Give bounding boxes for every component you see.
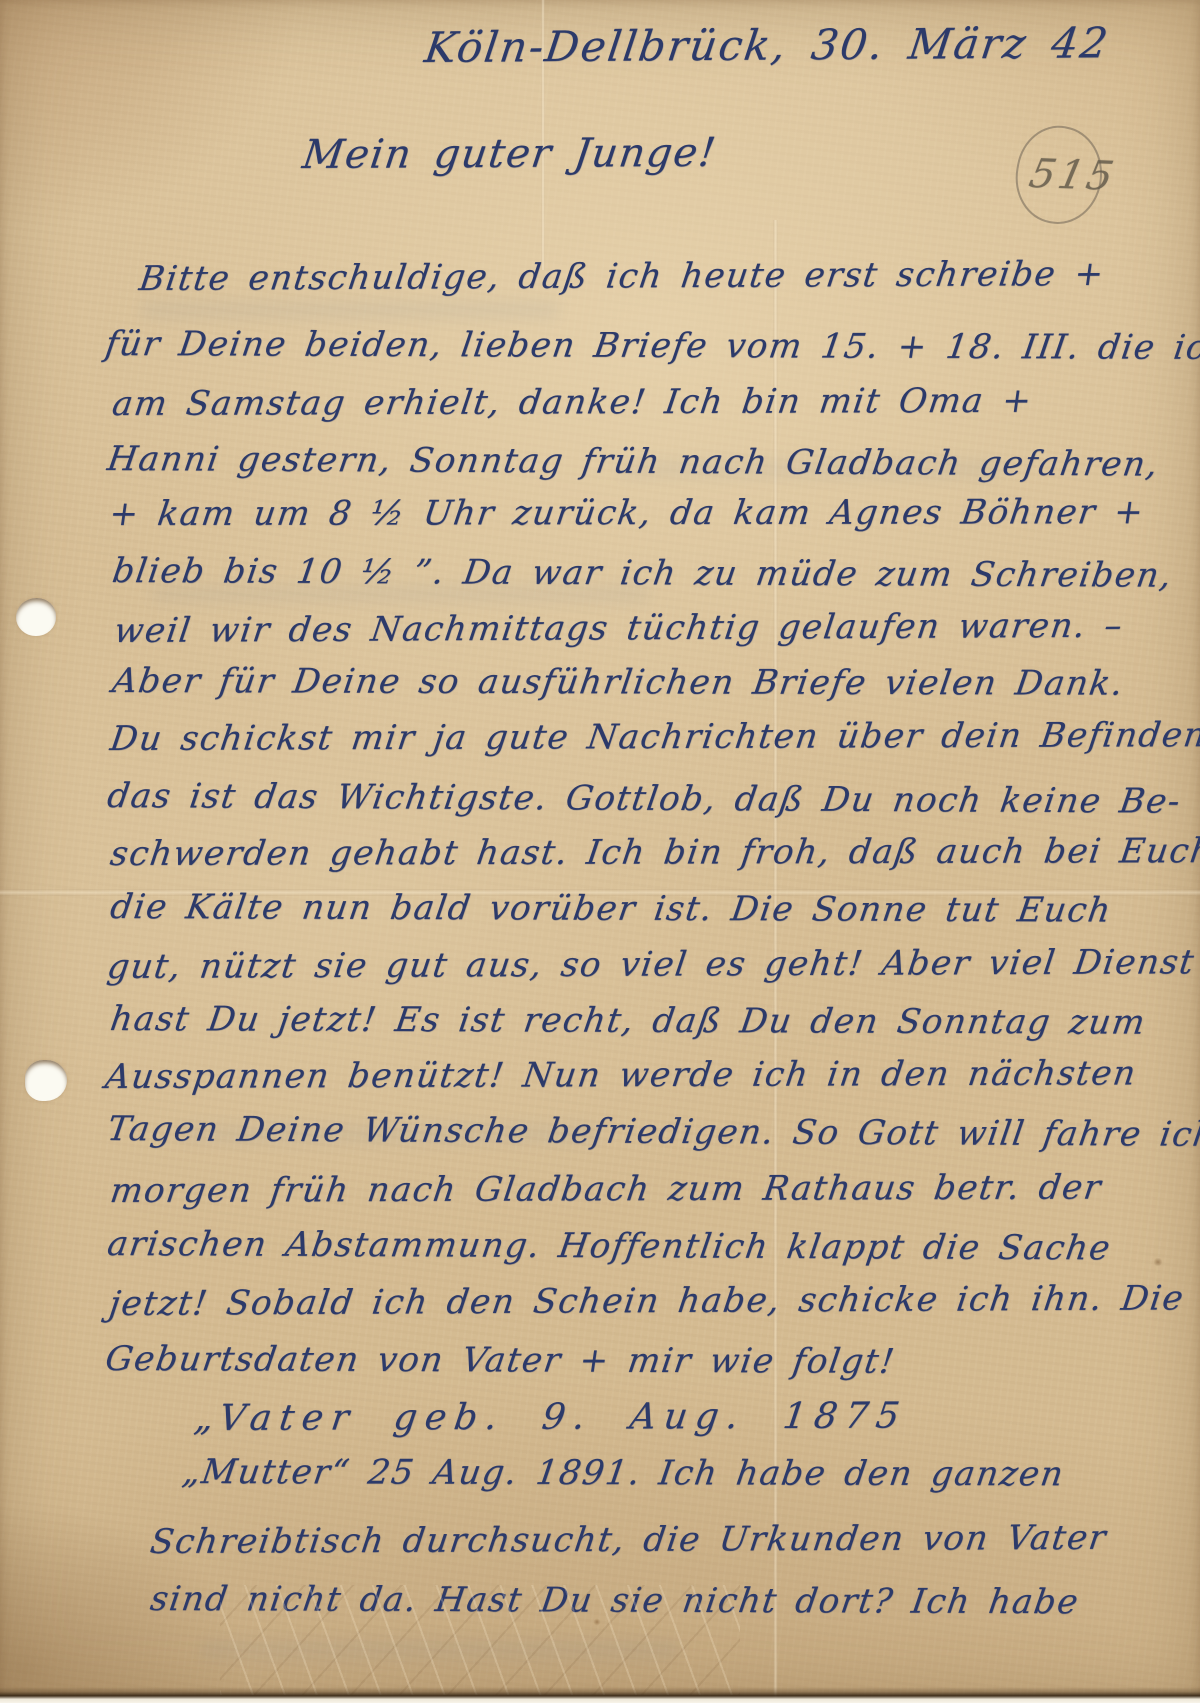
letter-line: schwerden gehabt hast. Ich bin froh, daß… (108, 834, 1200, 873)
letter-line: sind nicht da. Hast Du sie nicht dort? I… (148, 1582, 1081, 1621)
letter-line: Tagen Deine Wünsche befriedigen. So Gott… (105, 1112, 1200, 1153)
letter-line: das ist das Wichtigste. Gottlob, daß Du … (105, 779, 1183, 820)
letter-salutation: Mein guter Junge! (300, 132, 719, 176)
letter-line: Ausspannen benützt! Nun werde ich in den… (103, 1056, 1139, 1095)
letter-line: am Samstag erhielt, danke! Ich bin mit O… (110, 384, 1035, 423)
letter-line: Bitte entschuldige, daß ich heute erst s… (137, 257, 1107, 298)
letter-line: blieb bis 10 ½ ”. Da war ich zu müde zum… (110, 554, 1175, 594)
letter-line: morgen früh nach Gladbach zum Rathaus be… (108, 1171, 1104, 1210)
ink-showthrough (200, 1640, 680, 1660)
ink-showthrough (140, 300, 560, 320)
punch-hole-top (16, 598, 56, 636)
archive-number-pencil-circle: 515 (1008, 119, 1110, 230)
letter-line: „Vater geb. 9. Aug. 1875 (192, 1398, 910, 1438)
letter-line: + kam um 8 ½ Uhr zurück, da kam Agnes Bö… (107, 495, 1147, 532)
letter-line: hast Du jetzt! Es ist recht, daß Du den … (108, 1002, 1148, 1041)
letter-page: 515 Köln-Dellbrück, 30. März 42 Mein gut… (0, 0, 1200, 1703)
letter-line: Aber für Deine so ausführlichen Briefe v… (110, 664, 1126, 702)
letter-line: Geburtsdaten von Vater + mir wie folgt! (103, 1342, 897, 1380)
letter-dateline: Köln-Dellbrück, 30. März 42 (422, 21, 1112, 70)
letter-line: „Mutter“ 25 Aug. 1891. Ich habe den ganz… (180, 1455, 1067, 1493)
letter-line: jetzt! Sobald ich den Schein habe, schic… (107, 1281, 1187, 1322)
letter-line: Schreibtisch durchsucht, die Urkunden vo… (148, 1521, 1109, 1561)
letter-line: gut, nützt sie gut aus, so viel es geht!… (105, 945, 1197, 985)
punch-hole-bottom (25, 1060, 67, 1101)
letter-line: arischen Abstammung. Hoffentlich klappt … (105, 1227, 1113, 1267)
archive-number: 515 (1025, 151, 1120, 200)
letter-line: die Kälte nun bald vorüber ist. Die Sonn… (108, 890, 1114, 929)
letter-line: Hanni gestern, Sonntag früh nach Gladbac… (105, 442, 1161, 483)
letter-line: weil wir des Nachmittags tüchtig gelaufe… (112, 609, 1125, 650)
paper-bottom-edge (0, 1687, 1200, 1703)
letter-line: Du schickst mir ja gute Nachrichten über… (108, 718, 1200, 758)
letter-line: für Deine beiden, lieben Briefe vom 15. … (103, 327, 1200, 367)
